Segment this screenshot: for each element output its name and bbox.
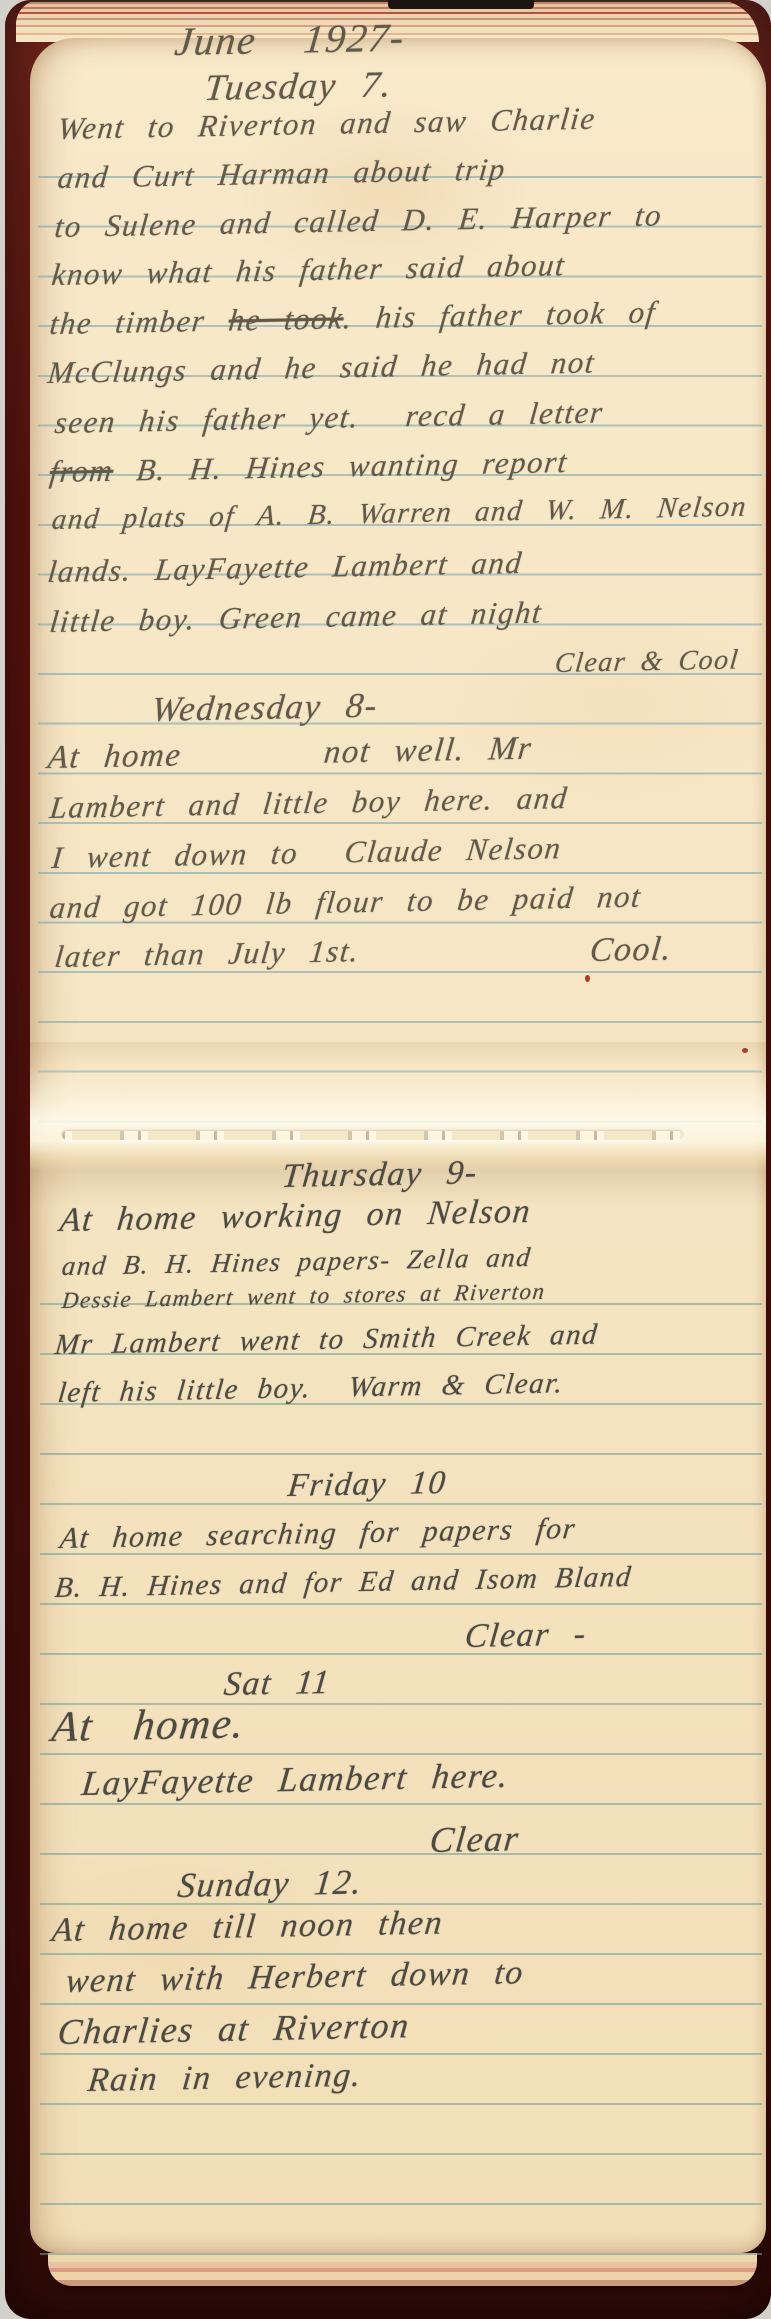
- weather-note: Clear & Cool: [554, 646, 741, 678]
- month-header: June 1927-: [173, 18, 407, 62]
- entry-heading-wednesday-8: Wednesday 8-: [150, 688, 380, 727]
- entry-heading-friday-10: Friday 10: [286, 1467, 448, 1503]
- entry-heading-thursday-9: Thursday 9-: [280, 1156, 479, 1194]
- stitch-marks: [62, 1131, 683, 1140]
- diary-line: lands. LayFayette Lambert and: [46, 547, 524, 587]
- diary-line-segment: . his father took of: [342, 294, 658, 335]
- page-edges-bottom: [48, 2253, 757, 2286]
- struck-text: from: [48, 453, 115, 489]
- diary-line: LayFayette Lambert here.: [80, 1758, 511, 1801]
- diary-line: and Curt Harman about trip: [56, 153, 507, 193]
- diary-line: At home.: [50, 1702, 247, 1749]
- ink-speck: [742, 1048, 748, 1053]
- binding-notch: [388, 0, 534, 9]
- diary-line-segment: the timber: [48, 303, 230, 342]
- diary-line: At home till noon then: [50, 1906, 445, 1948]
- diary-scan: June 1927- Tuesday 7. Went to Riverton a…: [0, 0, 771, 2319]
- ink-speck: [585, 975, 590, 982]
- diary-line: Charlies at Riverton: [56, 2007, 412, 2050]
- struck-text: he took: [227, 300, 345, 337]
- weather-note: Clear -: [463, 1618, 588, 1654]
- weather-note: Clear: [428, 1820, 521, 1858]
- diary-line: Rain in evening.: [86, 2059, 363, 2098]
- weather-note: Cool.: [588, 932, 674, 968]
- entry-heading-sunday-12: Sunday 12.: [176, 1864, 364, 1903]
- entry-heading-sat-11: Sat 11: [222, 1666, 332, 1702]
- diary-line: later than July 1st.: [53, 935, 361, 972]
- entry-heading-tuesday-7: Tuesday 7.: [203, 66, 394, 107]
